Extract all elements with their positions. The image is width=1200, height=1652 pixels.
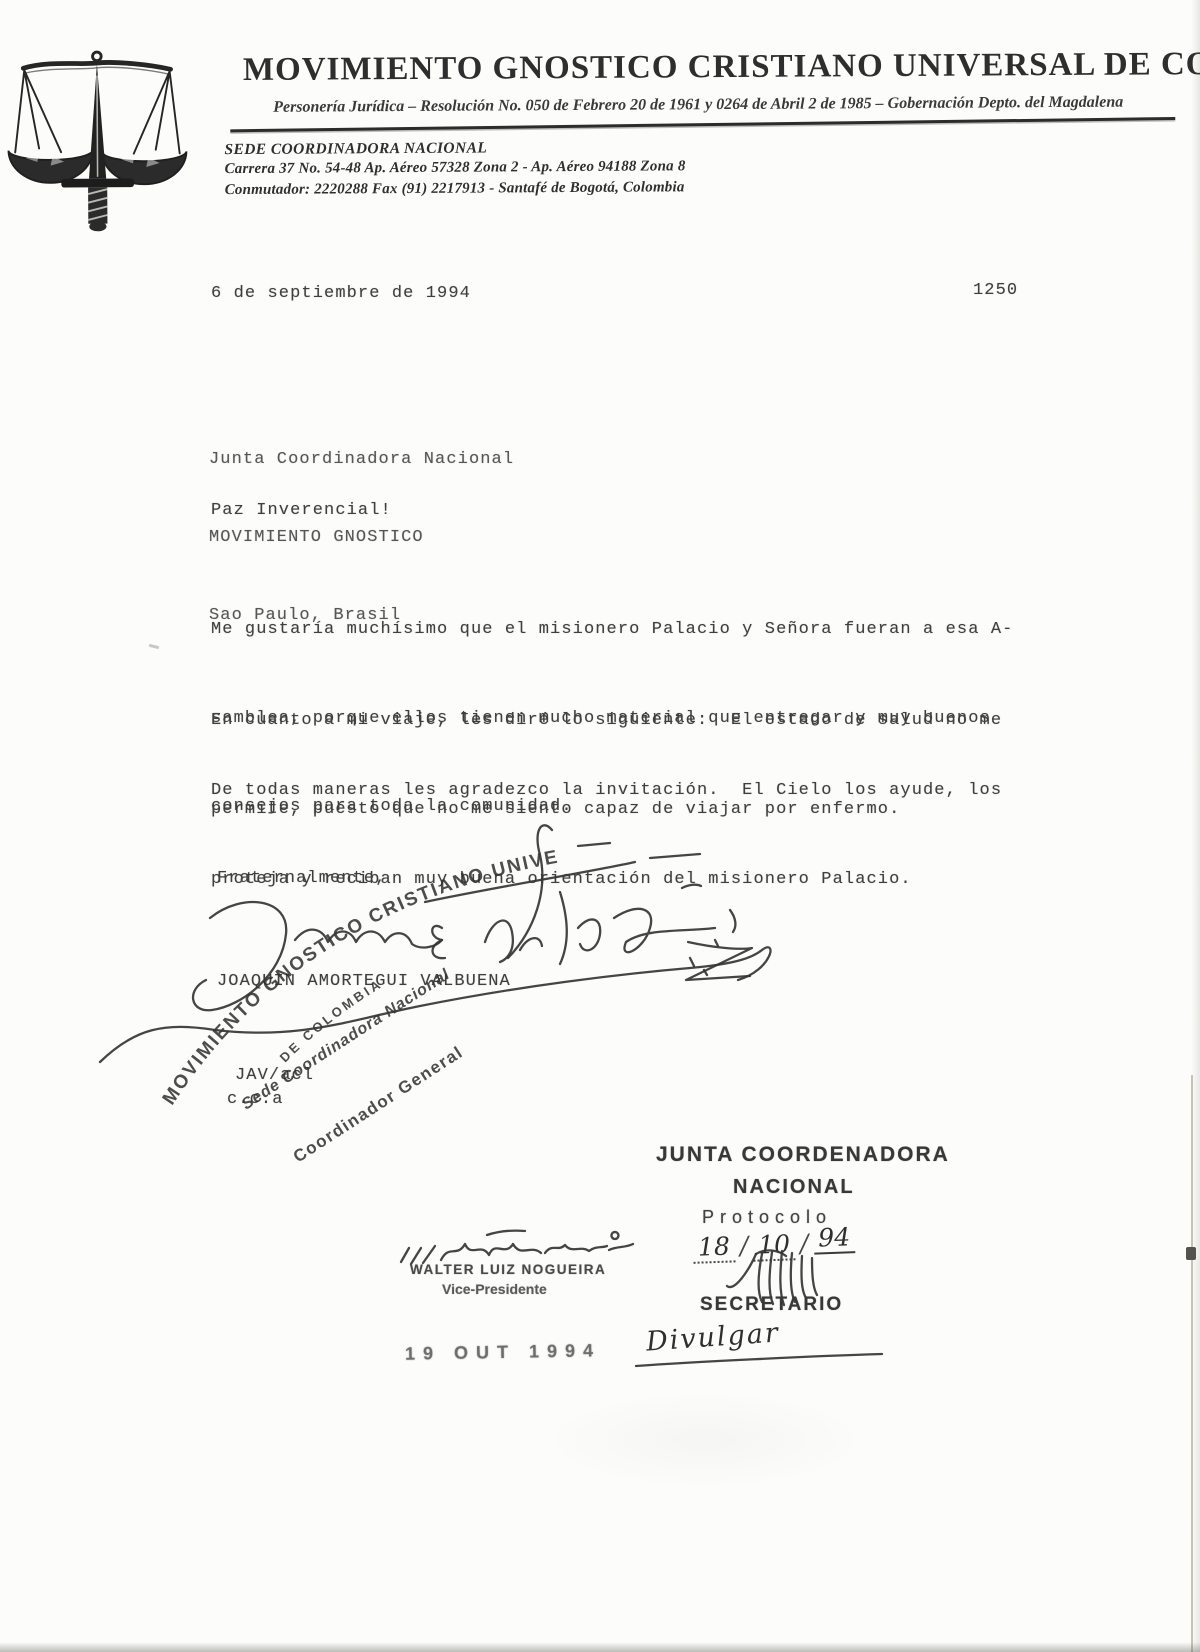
letterhead-divider — [230, 117, 1175, 132]
letter-date: 6 de septiembre de 1994 — [211, 284, 471, 303]
salutation: Paz Inverencial! — [211, 501, 392, 520]
recipient-line: MOVIMIENTO GNOSTICO — [209, 525, 514, 551]
scales-of-justice-icon — [6, 44, 189, 241]
scan-edge-mark — [1186, 1247, 1196, 1260]
scan-bottom-edge-shadow — [0, 1642, 1200, 1652]
document-number: 1250 — [973, 281, 1018, 300]
received-date-stamp: 19 OUT 1994 — [405, 1340, 601, 1364]
scan-right-edge-line — [1191, 1075, 1193, 1652]
vice-president-role: Vice-Presidente — [442, 1281, 547, 1297]
protocol-stamp-line2: NACIONAL — [733, 1176, 855, 1199]
scan-speck — [149, 644, 159, 649]
letterhead: MOVIMIENTO GNOSTICO CRISTIANO UNIVERSAL … — [0, 0, 1200, 251]
organization-title: MOVIMIENTO GNOSTICO CRISTIANO UNIVERSAL … — [243, 45, 1200, 89]
secretary-role-label: SECRETARIO — [700, 1294, 843, 1316]
letterhead-office-block: SEDE COORDINADORA NACIONAL Carrera 37 No… — [224, 138, 685, 201]
office-name: SEDE COORDINADORA NACIONAL — [224, 139, 487, 158]
divulgar-underline — [632, 1350, 887, 1372]
scanned-letter-page: MOVIMIENTO GNOSTICO CRISTIANO UNIVERSAL … — [0, 0, 1200, 1652]
legal-registration-line: Personería Jurídica – Resolución No. 050… — [273, 94, 1123, 117]
recipient-line: Junta Coordinadora Nacional — [209, 447, 514, 473]
signature-joaquin — [90, 800, 850, 1120]
office-phone: Conmutador: 2220288 Fax (91) 2217913 - S… — [225, 179, 685, 198]
office-address: Carrera 37 No. 54-48 Ap. Aéreo 57328 Zon… — [224, 158, 685, 177]
vice-president-name: WALTER LUIZ NOGUEIRA — [410, 1262, 606, 1277]
protocol-stamp-line1: JUNTA COORDENADORA — [656, 1143, 950, 1167]
body-line: Me gustaría muchísimo que el misionero P… — [211, 615, 1013, 645]
scan-smudge — [540, 1390, 870, 1490]
